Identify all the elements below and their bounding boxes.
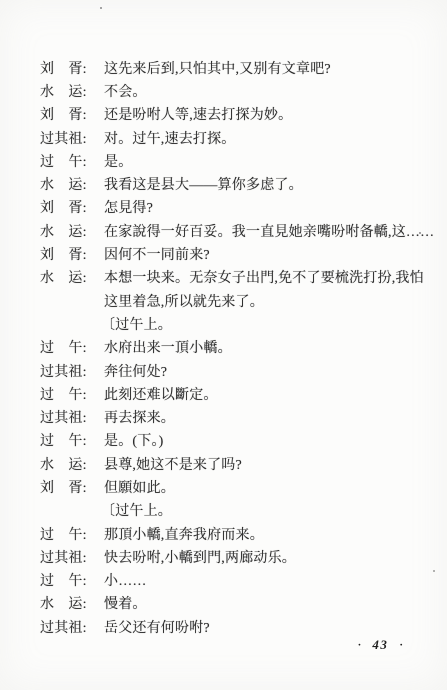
speaker-name: 过其祖: <box>40 547 104 567</box>
dialogue-text: 快去吩咐,小轎到門,两廊动乐。 <box>104 547 437 567</box>
dialogue-text: 慢着。 <box>104 593 437 613</box>
dialogue-text: 怎見得? <box>104 197 437 217</box>
dialogue-text: 是。(下。) <box>104 430 437 450</box>
page-number: · 43 · <box>358 637 403 653</box>
dialogue-text: 水府出来一頂小轎。 <box>104 337 437 357</box>
script-line: 水 运: 我看这是县大——算你多虑了。 <box>40 172 437 195</box>
dialogue-text: 不会。 <box>104 81 437 101</box>
scan-speckle <box>419 232 421 234</box>
speaker-name: 刘 胥: <box>40 244 104 264</box>
dialogue-text: 这里着急,所以就先来了。 <box>104 291 437 311</box>
dialogue-text: 因何不一同前来? <box>104 244 437 264</box>
speaker-name: 过 午: <box>40 430 104 450</box>
speaker-name: 水 运: <box>40 81 104 101</box>
speaker-name: 水 运: <box>40 454 104 474</box>
script-line: 过 午: 小…… <box>40 569 437 592</box>
speaker-name: 过 午: <box>40 570 104 590</box>
dialogue-text: 本想一块来。无奈女子出門,免不了要梳洗打扮,我怕 <box>104 267 437 287</box>
dialogue-text: 我看这是县大——算你多虑了。 <box>104 174 437 194</box>
script-line: 水 运: 在家說得一好百妥。我一直見她亲嘴吩咐备轎,这…… <box>40 219 437 242</box>
script-line: 水 运: 不会。 <box>40 79 437 102</box>
speaker-name: 过 午: <box>40 151 104 171</box>
script-line: 刘 胥: 这先来后到,只怕其中,又别有文章吧? <box>40 56 437 79</box>
dialogue-text: 小…… <box>104 570 437 590</box>
script-line: 过其祖: 对。过午,速去打探。 <box>40 126 437 149</box>
speaker-name: 过其祖: <box>40 407 104 427</box>
scan-speckle <box>100 7 102 9</box>
dialogue-text: 县尊,她这不是来了吗? <box>104 454 437 474</box>
speaker-name: 刘 胥: <box>40 104 104 124</box>
script-line: 过 午: 是。(下。) <box>40 429 437 452</box>
speaker-name: 过其祖: <box>40 128 104 148</box>
script-line: 过其祖: 再去探来。 <box>40 405 437 428</box>
script-line: 过 午: 是。 <box>40 149 437 172</box>
script-line: 刘 胥: 但願如此。 <box>40 475 437 498</box>
dialogue-text: 奔往何处? <box>104 361 437 381</box>
dialogue-text: 还是吩咐人等,速去打探为妙。 <box>104 104 437 124</box>
dialogue-text: 在家說得一好百妥。我一直見她亲嘴吩咐备轎,这…… <box>104 221 437 241</box>
page-number-dot-left: · <box>358 639 362 651</box>
page-number-value: 43 <box>372 637 388 653</box>
speaker-name: 刘 胥: <box>40 197 104 217</box>
dialogue-text: 是。 <box>104 151 437 171</box>
script-line: 〔过午上。 <box>40 312 437 335</box>
dialogue-text: 对。过午,速去打探。 <box>104 128 437 148</box>
speaker-name: 水 运: <box>40 221 104 241</box>
script-line: 过 午: 水府出来一頂小轎。 <box>40 336 437 359</box>
scan-speckle <box>433 570 435 572</box>
speaker-name: 过其祖: <box>40 361 104 381</box>
speaker-name: 刘 胥: <box>40 58 104 78</box>
dialogue-text: 此刻还难以斷定。 <box>104 384 437 404</box>
script-line: 过其祖: 奔往何处? <box>40 359 437 382</box>
speaker-name: 过 午: <box>40 524 104 544</box>
speaker-name: 水 运: <box>40 174 104 194</box>
speaker-name: 刘 胥: <box>40 477 104 497</box>
book-page: 刘 胥: 这先来后到,只怕其中,又别有文章吧? 水 运: 不会。 刘 胥: 还是… <box>0 0 447 690</box>
script-line: 刘 胥: 因何不一同前来? <box>40 242 437 265</box>
speaker-name: 过 午: <box>40 384 104 404</box>
script-line: 过其祖: 岳父还有何吩咐? <box>40 615 437 638</box>
dialogue-text: 再去探来。 <box>104 407 437 427</box>
script-line: 水 运: 慢着。 <box>40 592 437 615</box>
dialogue-text: 岳父还有何吩咐? <box>104 617 437 637</box>
dialogue-text: 这先来后到,只怕其中,又别有文章吧? <box>104 58 437 78</box>
script-line: 这里着急,所以就先来了。 <box>40 289 437 312</box>
speaker-name: 过 午: <box>40 337 104 357</box>
dialogue-text: 〔过午上。 <box>101 314 437 334</box>
script-text-block: 刘 胥: 这先来后到,只怕其中,又别有文章吧? 水 运: 不会。 刘 胥: 还是… <box>40 56 437 638</box>
script-line: 水 运: 县尊,她这不是来了吗? <box>40 452 437 475</box>
dialogue-text: 那頂小轎,直奔我府而来。 <box>104 524 437 544</box>
dialogue-text: 〔过午上。 <box>101 500 437 520</box>
script-line: 过 午: 此刻还难以斷定。 <box>40 382 437 405</box>
page-number-dot-right: · <box>399 639 403 651</box>
script-line: 刘 胥: 还是吩咐人等,速去打探为妙。 <box>40 103 437 126</box>
script-line: 刘 胥: 怎見得? <box>40 196 437 219</box>
speaker-name: 水 运: <box>40 593 104 613</box>
speaker-name: 水 运: <box>40 267 104 287</box>
script-line: 过 午: 那頂小轎,直奔我府而来。 <box>40 522 437 545</box>
speaker-name: 过其祖: <box>40 617 104 637</box>
script-line: 〔过午上。 <box>40 499 437 522</box>
script-line: 过其祖: 快去吩咐,小轎到門,两廊动乐。 <box>40 545 437 568</box>
dialogue-text: 但願如此。 <box>104 477 437 497</box>
script-line: 水 运: 本想一块来。无奈女子出門,免不了要梳洗打扮,我怕 <box>40 266 437 289</box>
